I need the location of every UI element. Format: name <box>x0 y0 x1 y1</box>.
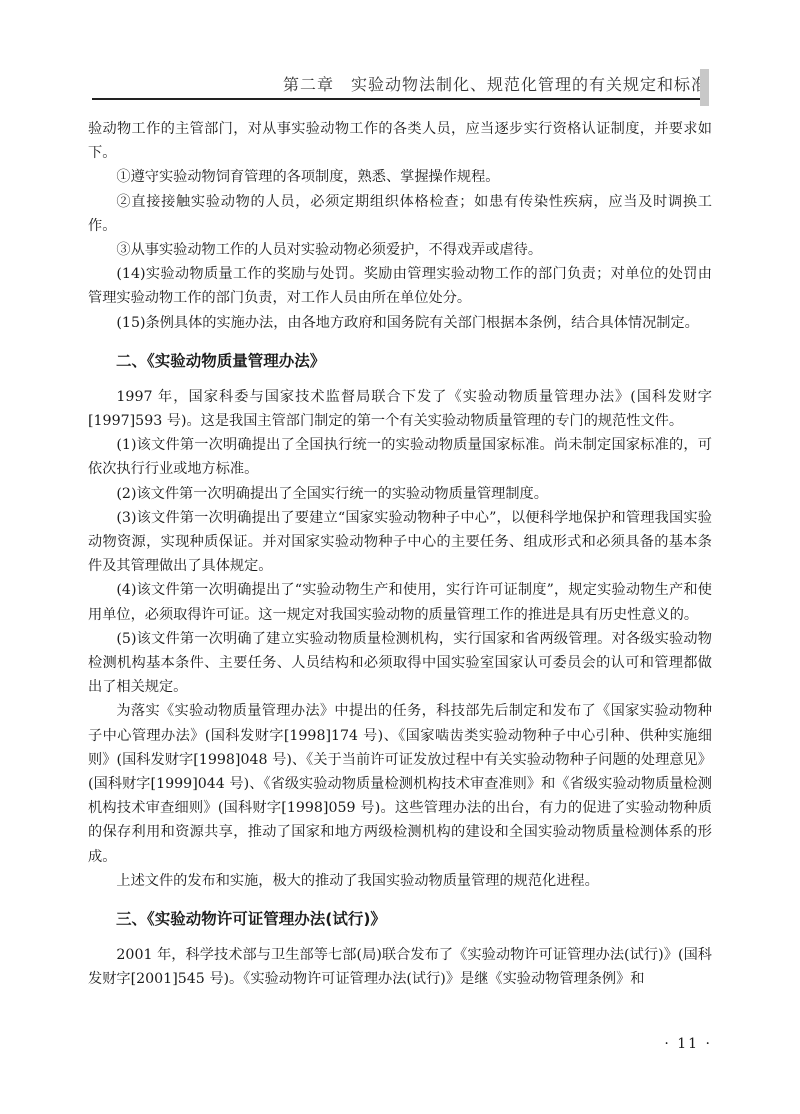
paragraph: (1)该文件第一次明确提出了全国执行统一的实验动物质量国家标准。尚未制定国家标准… <box>88 433 712 481</box>
paragraph: ①遵守实验动物饲育管理的各项制度，熟悉、掌握操作规程。 <box>88 165 712 189</box>
running-header: 第二章 实验动物法制化、规范化管理的有关规定和标准 <box>92 68 708 100</box>
paragraph: ②直接接触实验动物的人员，必须定期组织体格检查；如患有传染性疾病，应当及时调换工… <box>88 190 712 238</box>
paragraph: 2001 年，科学技术部与卫生部等七部(局)联合发布了《实验动物许可证管理办法(… <box>88 943 712 991</box>
paragraph: (4)该文件第一次明确提出了“实验动物生产和使用，实行许可证制度”，规定实验动物… <box>88 578 712 626</box>
paragraph: (2)该文件第一次明确提出了全国实行统一的实验动物质量管理制度。 <box>88 482 712 506</box>
paragraph: ③从事实验动物工作的人员对实验动物必须爱护，不得戏弄或虐待。 <box>88 238 712 262</box>
section-heading: 三、《实验动物许可证管理办法(试行)》 <box>88 907 712 931</box>
paragraph: 为落实《实验动物质量管理办法》中提出的任务，科技部先后制定和发布了《国家实验动物… <box>88 699 712 868</box>
paragraph: (3)该文件第一次明确提出了要建立“国家实验动物种子中心”，以便科学地保护和管理… <box>88 506 712 579</box>
paragraph: 验动物工作的主管部门，对从事实验动物工作的各类人员，应当逐步实行资格认证制度，并… <box>88 117 712 165</box>
section-heading: 二、《实验动物质量管理办法》 <box>88 349 712 373</box>
chapter-thumb-tab <box>700 69 709 106</box>
paragraph: (15)条例具体的实施办法，由各地方政府和国务院有关部门根据本条例，结合具体情况… <box>88 311 712 335</box>
paragraph: 1997 年，国家科委与国家技术监督局联合下发了《实验动物质量管理办法》(国科发… <box>88 385 712 433</box>
page-body: 验动物工作的主管部门，对从事实验动物工作的各类人员，应当逐步实行资格认证制度，并… <box>88 117 712 992</box>
paragraph: (5)该文件第一次明确了建立实验动物质量检测机构，实行国家和省两级管理。对各级实… <box>88 627 712 700</box>
chapter-title: 第二章 实验动物法制化、规范化管理的有关规定和标准 <box>283 72 708 95</box>
page-number: · 11 · <box>620 1036 712 1052</box>
paragraph: 上述文件的发布和实施，极大的推动了我国实验动物质量管理的规范化进程。 <box>88 869 712 893</box>
paragraph: (14)实验动物质量工作的奖励与处罚。奖励由管理实验动物工作的部门负责；对单位的… <box>88 262 712 310</box>
